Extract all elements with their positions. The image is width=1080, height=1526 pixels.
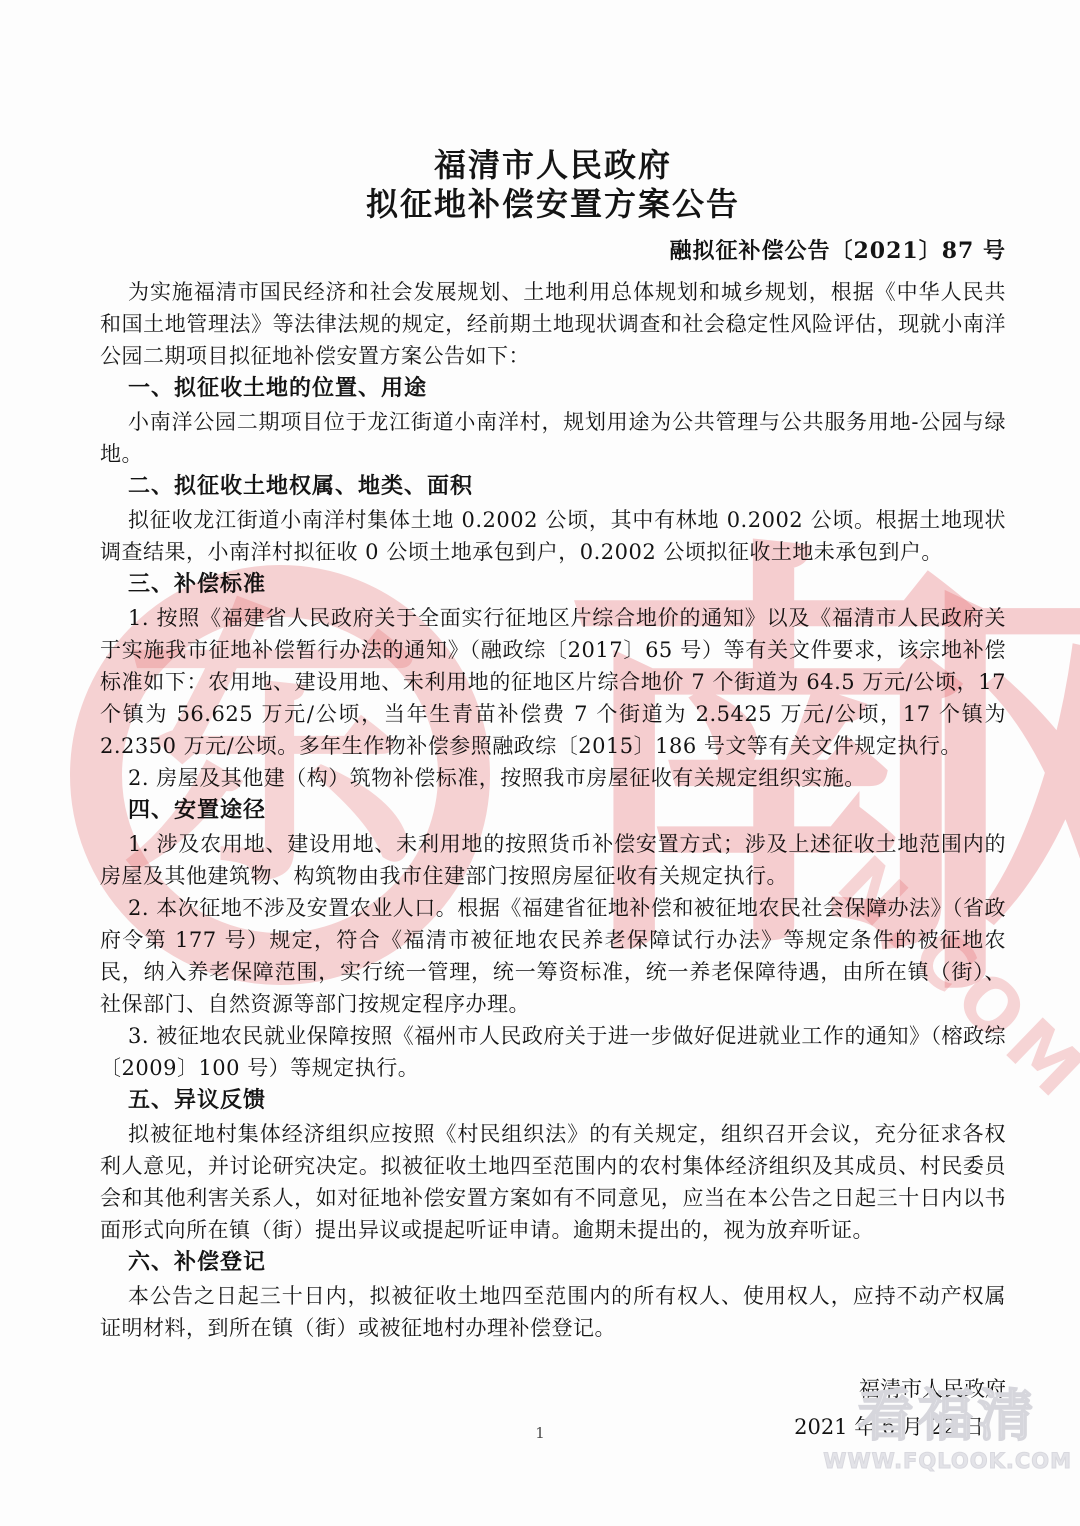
announcement-document: 福清市人民政府 拟征地补偿安置方案公告 融拟征补偿公告〔2021〕87 号 为实…	[0, 0, 1080, 1526]
title-line-2: 拟征地补偿安置方案公告	[100, 185, 1006, 224]
paragraph: 拟征收龙江街道小南洋村集体土地 0.2002 公顷，其中有林地 0.2002 公…	[100, 504, 1006, 568]
paragraph: 本公告之日起三十日内，拟被征收土地四至范围内的所有权人、使用权人，应持不动产权属…	[100, 1280, 1006, 1344]
section-heading-5: 五、异议反馈	[100, 1084, 1006, 1118]
paragraph: 1. 按照《福建省人民政府关于全面实行征地区片综合地价的通知》以及《福清市人民政…	[100, 602, 1006, 762]
section-heading-4: 四、安置途径	[100, 794, 1006, 828]
issuing-authority: 福清市人民政府	[100, 1370, 1006, 1408]
paragraph: 拟被征地村集体经济组织应按照《村民组织法》的有关规定，组织召开会议，充分征求各权…	[100, 1118, 1006, 1246]
intro-paragraph: 为实施福清市国民经济和社会发展规划、土地利用总体规划和城乡规划，根据《中华人民共…	[100, 276, 1006, 372]
page-number: 1	[0, 1424, 1080, 1442]
paragraph: 1. 涉及农用地、建设用地、未利用地的按照货币补偿安置方式；涉及上述征收土地范围…	[100, 828, 1006, 892]
section-heading-1: 一、拟征收土地的位置、用途	[100, 372, 1006, 406]
section-heading-3: 三、补偿标准	[100, 568, 1006, 602]
paragraph: 小南洋公园二期项目位于龙江街道小南洋村，规划用途为公共管理与公共服务用地-公园与…	[100, 406, 1006, 470]
document-body: 为实施福清市国民经济和社会发展规划、土地利用总体规划和城乡规划，根据《中华人民共…	[100, 276, 1006, 1344]
paragraph: 2. 本次征地不涉及安置农业人口。根据《福建省征地补偿和被征地农民社会保障办法》…	[100, 892, 1006, 1020]
document-title: 福清市人民政府 拟征地补偿安置方案公告	[100, 146, 1006, 224]
paragraph: 2. 房屋及其他建（构）筑物补偿标准，按照我市房屋征收有关规定组织实施。	[100, 762, 1006, 794]
paragraph: 3. 被征地农民就业保障按照《福州市人民政府关于进一步做好促进就业工作的通知》（…	[100, 1020, 1006, 1084]
section-heading-2: 二、拟征收土地权属、地类、面积	[100, 470, 1006, 504]
title-line-1: 福清市人民政府	[100, 146, 1006, 185]
document-number: 融拟征补偿公告〔2021〕87 号	[100, 238, 1006, 264]
section-heading-6: 六、补偿登记	[100, 1246, 1006, 1280]
